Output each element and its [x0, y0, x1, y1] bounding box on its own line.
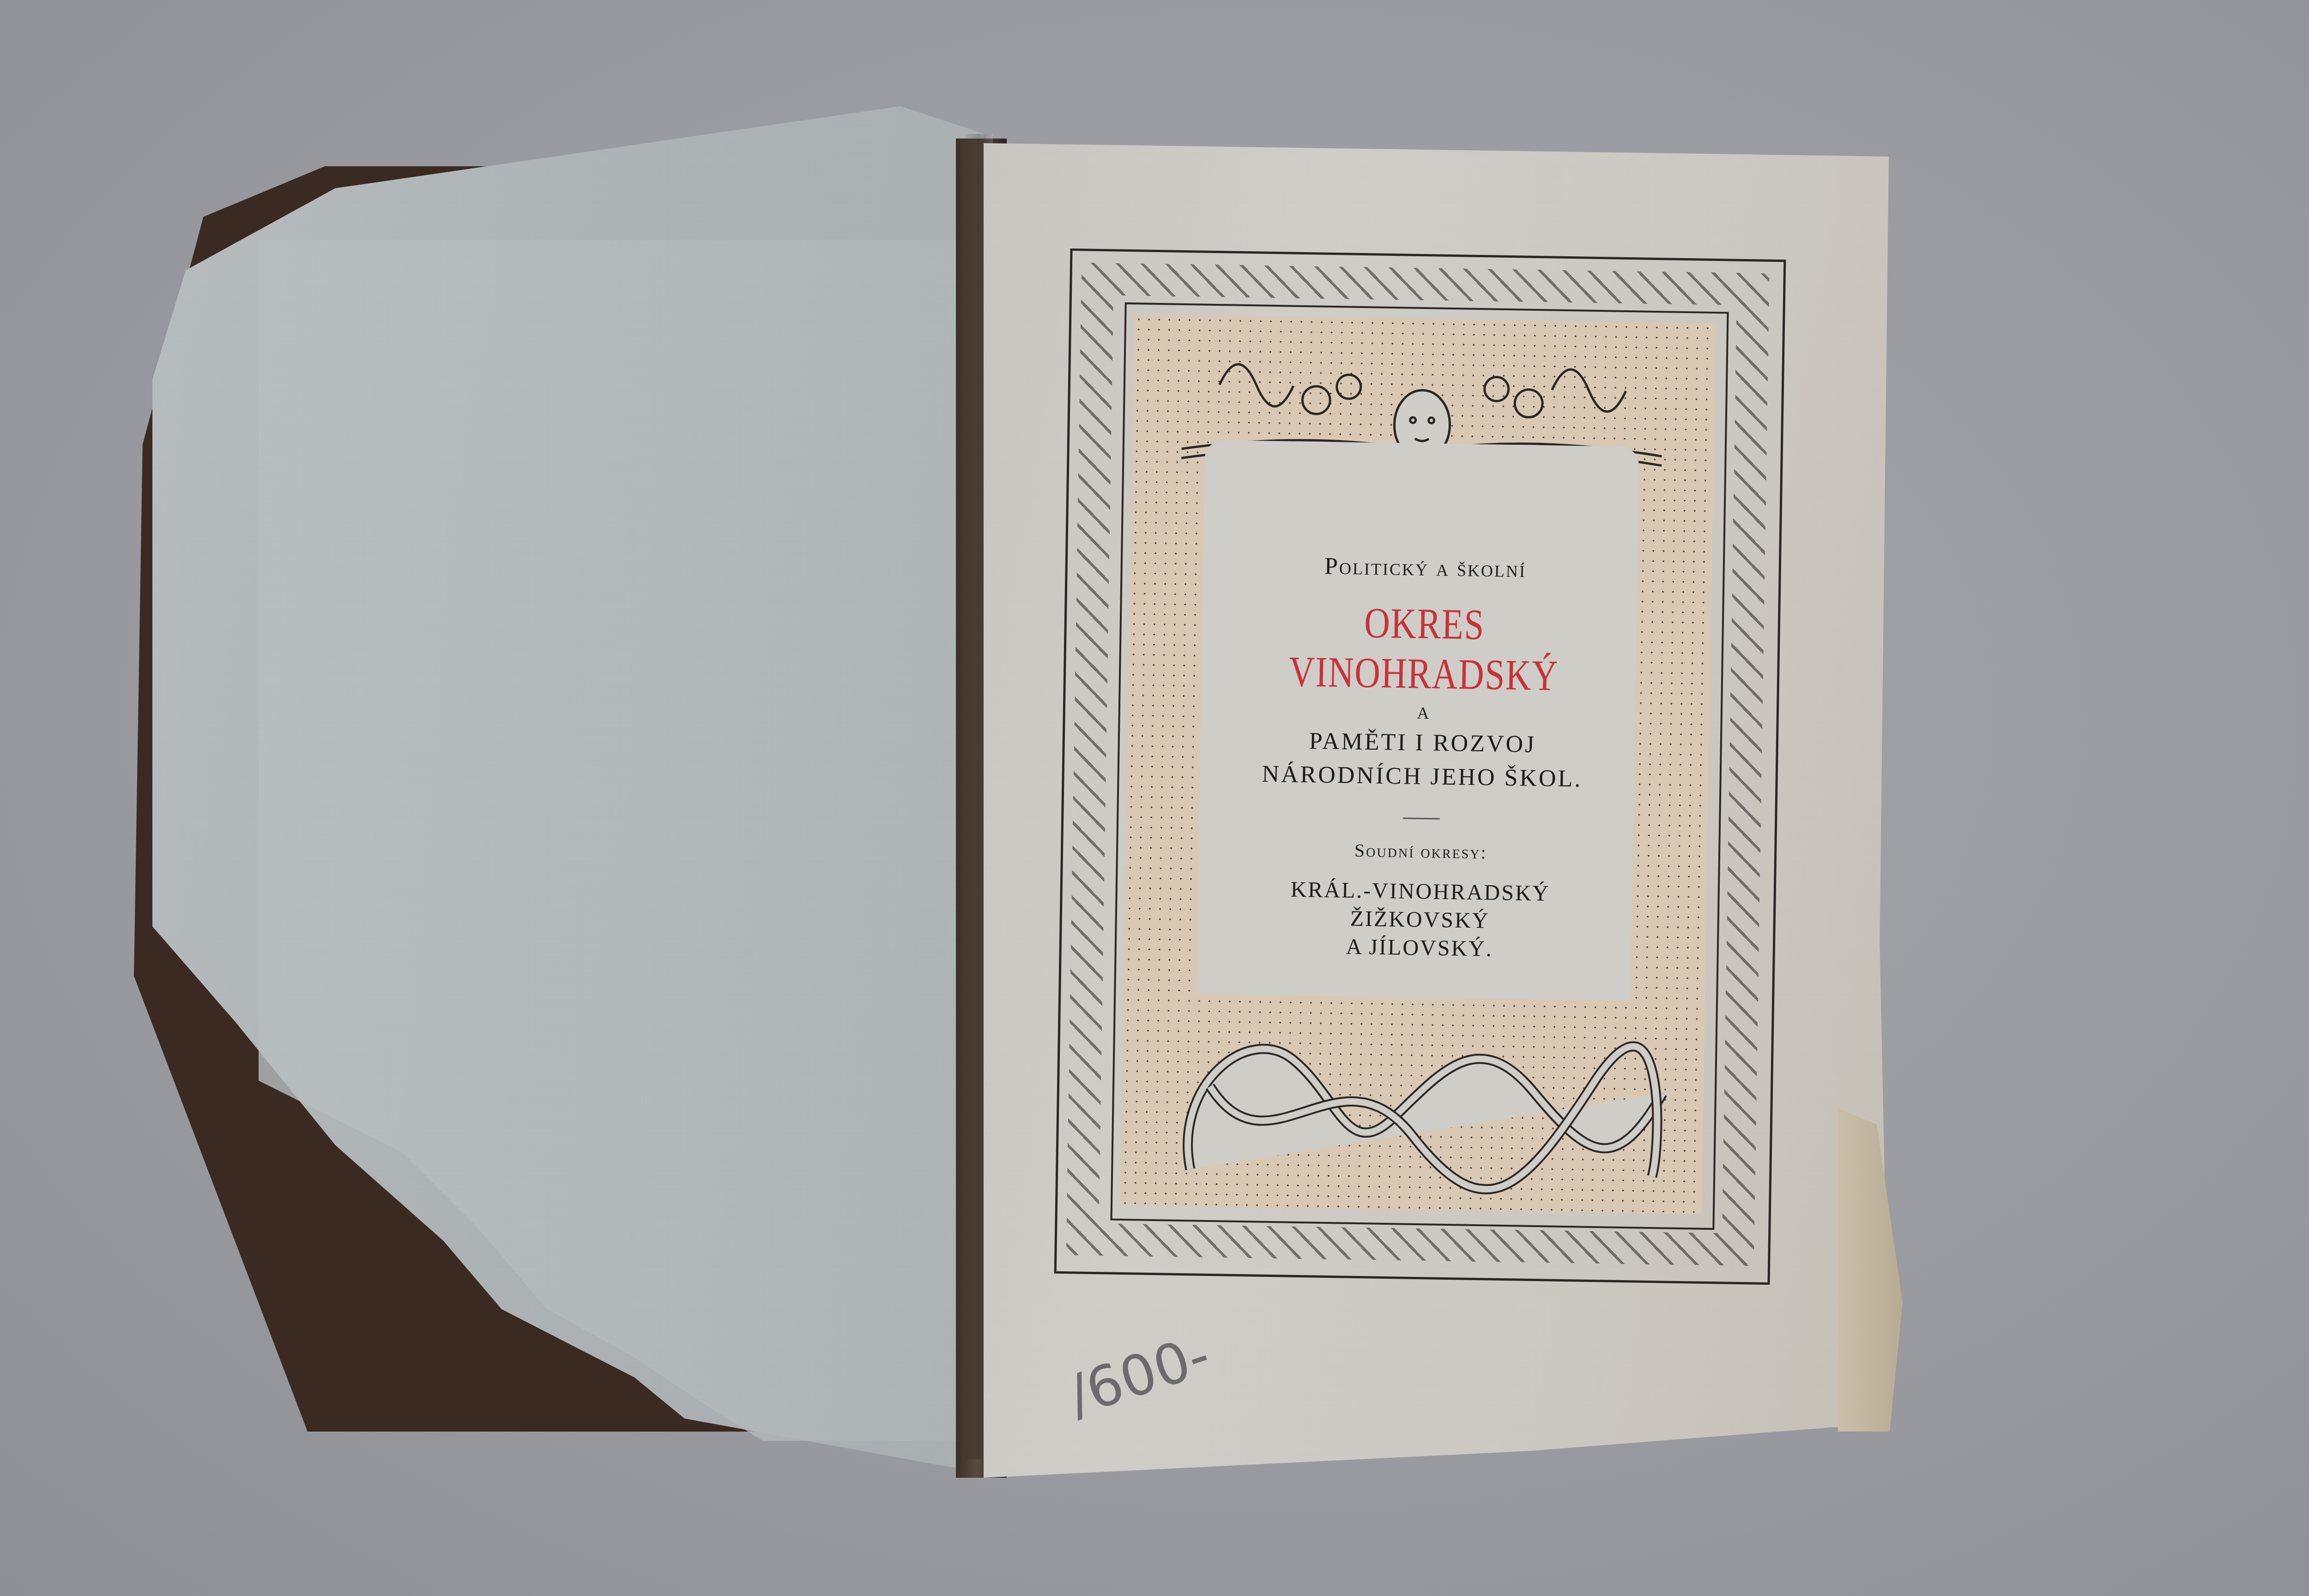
title-line-schools: NÁRODNÍCH JEHO ŠKOL.	[1191, 759, 1653, 794]
title-block: Politický a školní OKRES VINOHRADSKÝ A P…	[1188, 550, 1656, 967]
district-item: A JÍLOVSKÝ.	[1188, 931, 1650, 964]
district-item: ŽIŽKOVSKÝ	[1189, 903, 1651, 936]
ribbon-knot-ornament-icon	[1153, 993, 1701, 1200]
main-title: OKRES VINOHRADSKÝ	[1234, 596, 1614, 702]
page-edge-wear	[1838, 1108, 1903, 1432]
title-line-memories: PAMĚTI I ROZVOJ	[1191, 725, 1654, 760]
title-divider	[1403, 817, 1440, 819]
title-conjunction: A	[1192, 700, 1654, 726]
district-item: KRÁL.-VINOHRADSKÝ	[1189, 875, 1651, 908]
photo-scene: Politický a školní OKRES VINOHRADSKÝ A P…	[0, 0, 2309, 1596]
subheading-judicial-districts: Soudní okresy:	[1190, 837, 1652, 866]
